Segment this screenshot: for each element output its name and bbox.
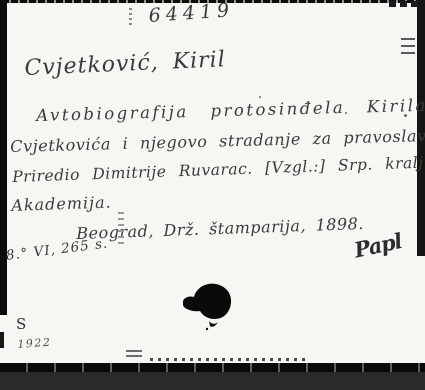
scan-speck xyxy=(259,96,261,98)
scan-edge-bottom xyxy=(0,363,425,372)
scan-edge-left-nub xyxy=(0,332,4,348)
scan-background-bottom xyxy=(0,372,425,390)
scan-edge-left xyxy=(0,0,7,315)
series-letter: S xyxy=(16,315,26,333)
title-line-4: Akademija. xyxy=(11,192,112,214)
scan-smudge-bottom-left xyxy=(126,350,144,358)
scan-smudge-near-number xyxy=(129,8,132,26)
scanned-catalog-card: 64419 Cvjetković, Kiril Avtobiografija p… xyxy=(0,0,425,390)
scan-smudge-right-dashes xyxy=(401,38,417,60)
card-edge-sliver-right xyxy=(416,256,425,363)
scan-speck xyxy=(404,114,407,117)
scan-smudge-bottom-dots xyxy=(150,358,310,361)
scan-smudge-top-right xyxy=(389,1,421,7)
ink-blot xyxy=(180,281,238,331)
scan-speck xyxy=(345,112,347,114)
scan-smudge-near-imprint xyxy=(118,212,124,246)
accession-year: 1922 xyxy=(17,336,52,351)
